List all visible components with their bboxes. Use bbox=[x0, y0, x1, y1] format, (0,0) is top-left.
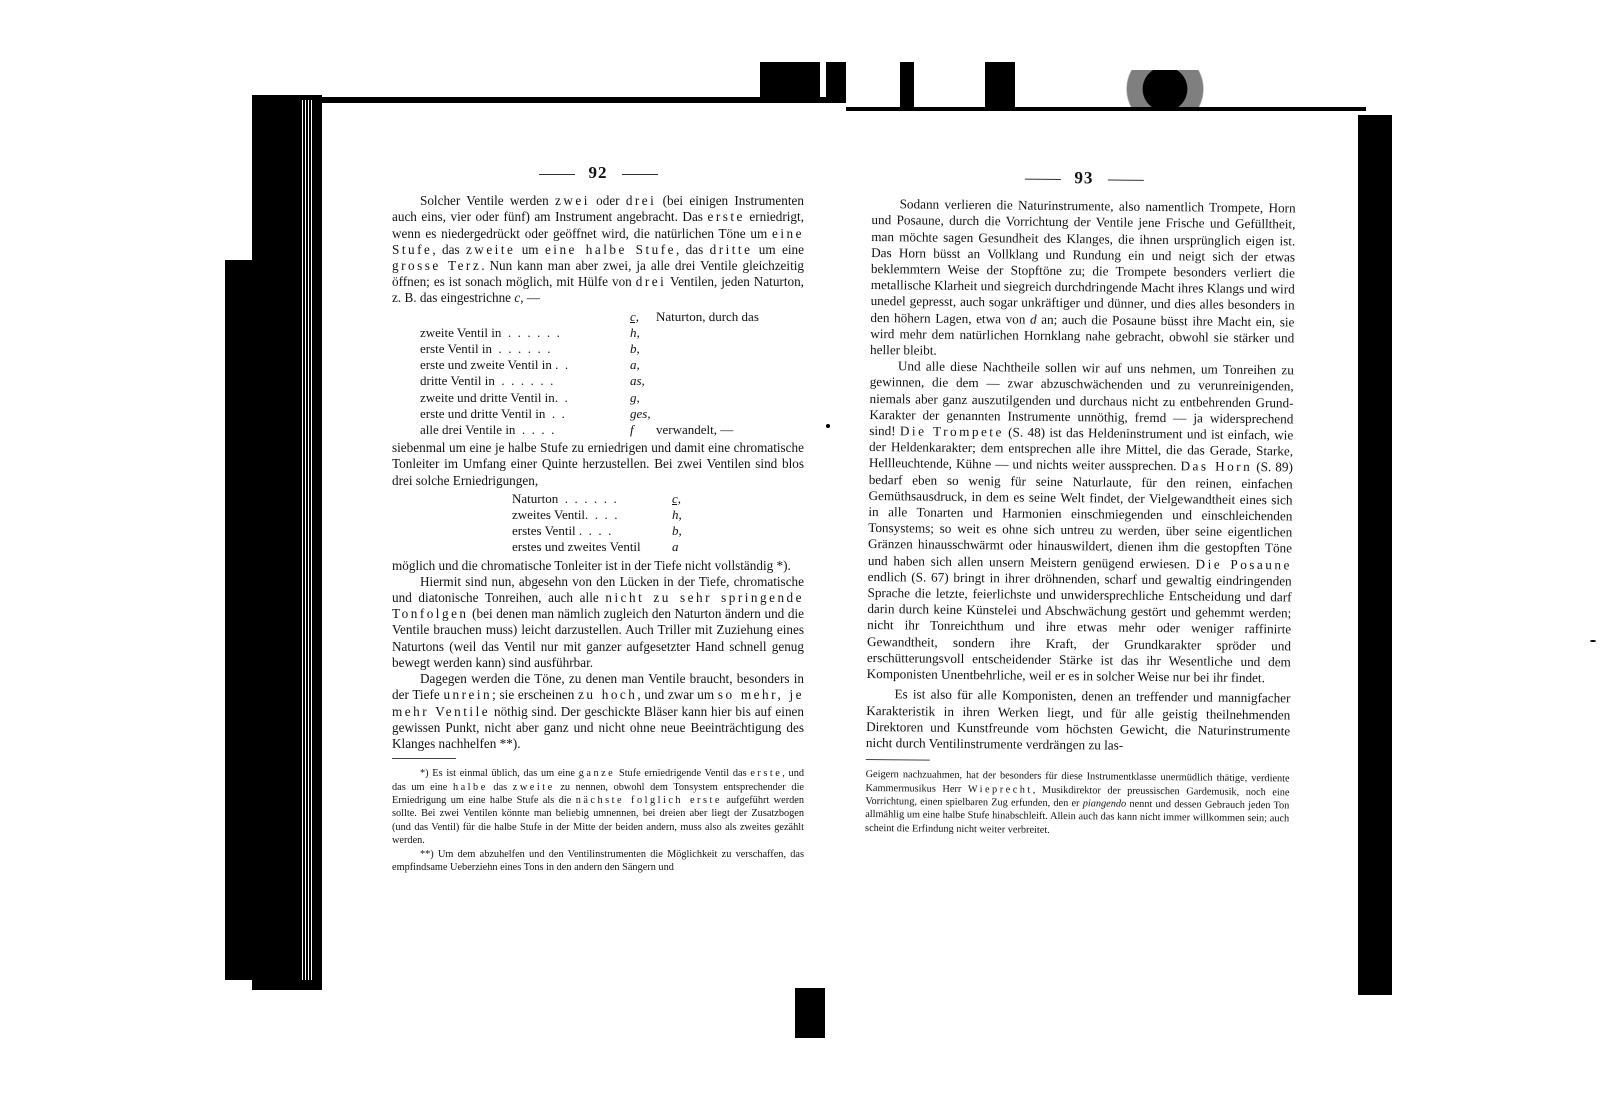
valve-table-1-row: erste und zweite Ventil in . .a, bbox=[420, 357, 804, 373]
page-stack-left bbox=[300, 100, 314, 980]
scan-artifact bbox=[760, 62, 820, 102]
valve-table-three-valves: c, Naturton, durch das zweite Ventil in … bbox=[420, 309, 804, 439]
scan-artifact bbox=[985, 62, 1015, 107]
paragraph-komponisten: Es ist also für alle Komponisten, denen … bbox=[866, 686, 1291, 755]
valve-table-2-row: zweites Ventil. . . .h, bbox=[512, 507, 804, 523]
scan-artifact bbox=[826, 62, 846, 102]
paragraph-sodann: Sodann verlieren die Naturinstrumente, a… bbox=[870, 196, 1296, 362]
valve-table-1-row: dritte Ventil in . . . . . .as, bbox=[420, 373, 804, 389]
scan-speck bbox=[826, 424, 830, 428]
page-number-left: 92 bbox=[392, 165, 804, 181]
valve-table-1-row: erste und dritte Ventil in . .ges, bbox=[420, 406, 804, 422]
footnote-rule bbox=[866, 759, 930, 761]
valve-table-2-row: erstes und zweites Ventila bbox=[512, 539, 804, 555]
scan-artifact bbox=[900, 62, 914, 107]
book-edge-right bbox=[1358, 115, 1392, 995]
footnote-rule bbox=[392, 758, 456, 759]
paragraph-valves-intro: Solcher Ventile werden zwei oder drei (b… bbox=[392, 193, 804, 306]
book-bottom-edge bbox=[795, 988, 825, 1038]
book-spine-shadow-left bbox=[225, 260, 255, 980]
footnote-2: **) Um dem abzuhelfen und den Ventilinst… bbox=[392, 848, 804, 875]
paragraph-incomplete-scale: möglich und die chromatische Tonleiter i… bbox=[392, 558, 804, 574]
scan-speck bbox=[1590, 640, 1596, 642]
footnote-continuation: Geigern nachzuahmen, hat der besonders f… bbox=[865, 768, 1290, 839]
page-number-right: 93 bbox=[872, 168, 1296, 189]
paragraph-seven-steps: siebenmal um eine je halbe Stufe zu erni… bbox=[392, 440, 804, 489]
valve-table-1-row: zweite und dritte Ventil in. .g, bbox=[420, 390, 804, 406]
valve-table-two-valves: Naturton . . . . . .c,zweites Ventil. . … bbox=[512, 491, 804, 556]
book-top-edge-right bbox=[846, 107, 1366, 111]
paragraph-nachtheile: Und alle diese Nachtheile sollen wir auf… bbox=[867, 358, 1294, 686]
right-page: 93 Sodann verlieren die Naturinstrumente… bbox=[865, 168, 1296, 840]
valve-table-1-row: erste Ventil in . . . . . .b, bbox=[420, 341, 804, 357]
paragraph-hiermit: Hiermit sind nun, abgesehn von den Lücke… bbox=[392, 574, 804, 671]
footnote-1: *) Es ist einmal üblich, das um eine gan… bbox=[392, 767, 804, 847]
valve-table-1-row: alle drei Ventile in . . . .fverwandelt,… bbox=[420, 422, 804, 438]
valve-table-2-row: Naturton . . . . . .c, bbox=[512, 491, 804, 507]
scan-artifact bbox=[1125, 70, 1225, 108]
paragraph-dagegen: Dagegen werden die Töne, zu denen man Ve… bbox=[392, 671, 804, 752]
valve-table-1-row: zweite Ventil in . . . . . .h, bbox=[420, 325, 804, 341]
valve-table-2-row: erstes Ventil . . . .b, bbox=[512, 523, 804, 539]
valve-table-header: c, Naturton, durch das bbox=[420, 309, 804, 325]
left-page: 92 Solcher Ventile werden zwei oder drei… bbox=[392, 165, 804, 874]
